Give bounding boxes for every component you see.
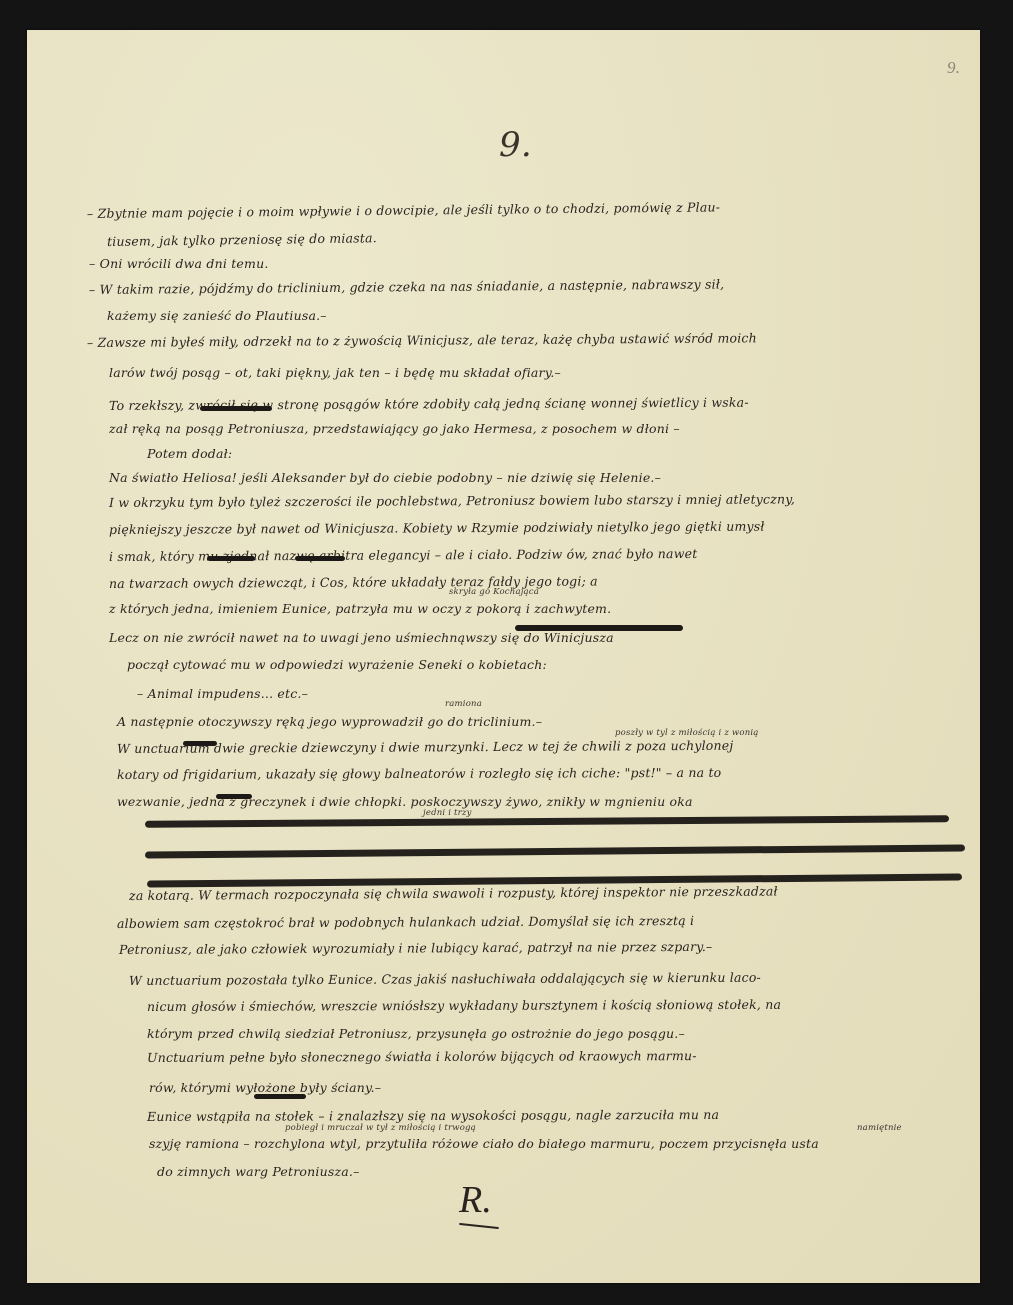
interlinear-insertion: skryła go Kochająca xyxy=(449,587,539,597)
cancellation-stroke xyxy=(145,844,965,858)
manuscript-line: tiusem, jak tylko przeniosę się do miast… xyxy=(107,230,377,249)
interlinear-insertion: pobiegł i mruczał w tył z miłością i trw… xyxy=(285,1123,476,1133)
manuscript-line: albowiem sam częstokroć brał w podobnych… xyxy=(117,913,694,931)
interlinear-insertion: namiętnie xyxy=(857,1123,902,1133)
cancellation-stroke xyxy=(145,815,949,828)
manuscript-line: kotary od frigidarium, ukazały się głowy… xyxy=(117,765,721,782)
manuscript-line: W unctuarium pozostała tylko Eunice. Cza… xyxy=(129,970,761,988)
manuscript-line: – Zawsze mi byłeś miły, odrzekł na to z … xyxy=(87,330,757,350)
word-strike xyxy=(207,556,255,561)
manuscript-line: I w okrzyku tym było tyleż szczerości il… xyxy=(109,491,795,510)
signature-initial: R. xyxy=(459,1178,492,1222)
manuscript-line: Petroniusz, ale jako człowiek wyrozumiał… xyxy=(119,939,713,957)
word-strike xyxy=(515,625,683,631)
manuscript-line: piękniejszy jeszcze był nawet od Winicju… xyxy=(109,519,765,537)
manuscript-line: Na światło Heliosa! jeśli Aleksander był… xyxy=(109,470,661,485)
folio-number: 9. xyxy=(947,58,960,78)
manuscript-line: do zimnych warg Petroniusza.– xyxy=(157,1164,360,1179)
signature-underline xyxy=(459,1223,499,1229)
word-strike xyxy=(200,406,272,411)
manuscript-line: A następnie otoczywszy ręką jego wyprowa… xyxy=(117,714,542,729)
manuscript-line: począł cytować mu w odpowiedzi wyrażenie… xyxy=(127,657,547,672)
manuscript-line: którym przed chwilą siedział Petroniusz,… xyxy=(147,1026,685,1041)
interlinear-insertion: jedni i trzy xyxy=(423,808,472,818)
manuscript-line: nicum głosów i śmiechów, wreszcie wniósł… xyxy=(147,997,781,1014)
word-strike xyxy=(295,556,345,561)
manuscript-line: Lecz on nie zwrócił nawet na to uwagi je… xyxy=(109,630,614,645)
manuscript-line: każemy się zanieść do Plautiusa.– xyxy=(107,308,327,323)
manuscript-page: 9. 9. – Zbytnie mam pojęcie i o moim wpł… xyxy=(27,30,980,1283)
manuscript-line: z których jedna, imieniem Eunice, patrzy… xyxy=(109,601,611,616)
interlinear-insertion: poszły w tyl z miłością i z wonią xyxy=(615,728,759,738)
word-strike xyxy=(183,741,217,746)
manuscript-line: za kotarą. W termach rozpoczynała się ch… xyxy=(129,883,778,903)
manuscript-line: – Zbytnie mam pojęcie i o moim wpływie i… xyxy=(87,199,720,221)
interlinear-insertion: ramiona xyxy=(445,699,482,709)
word-strike xyxy=(254,1094,306,1099)
manuscript-line: Eunice wstąpiła na stołek – i znalazłszy… xyxy=(147,1107,719,1124)
manuscript-line: Unctuarium pełne było słonecznego światł… xyxy=(147,1048,697,1065)
manuscript-line: rów, którymi wyłożone były ściany.– xyxy=(149,1080,381,1095)
manuscript-line: i smak, który mu zjednał nazwę arbitra e… xyxy=(109,546,697,564)
manuscript-line: – Animal impudens... etc.– xyxy=(137,686,308,701)
manuscript-line: zał ręką na posąg Petroniusza, przedstaw… xyxy=(109,421,680,436)
manuscript-line: – Oni wrócili dwa dni temu. xyxy=(89,256,269,271)
chapter-heading: 9. xyxy=(499,125,532,165)
manuscript-line: larów twój posąg – ot, taki piękny, jak … xyxy=(109,365,561,380)
manuscript-line: szyję ramiona – rozchylona wtyl, przytul… xyxy=(149,1136,819,1151)
manuscript-line: wezwanie, jedna z greczynek i dwie chłop… xyxy=(117,794,693,809)
manuscript-line: – W takim razie, pójdźmy do triclinium, … xyxy=(89,276,724,297)
manuscript-line: Potem dodał: xyxy=(147,446,232,461)
word-strike xyxy=(216,794,252,799)
